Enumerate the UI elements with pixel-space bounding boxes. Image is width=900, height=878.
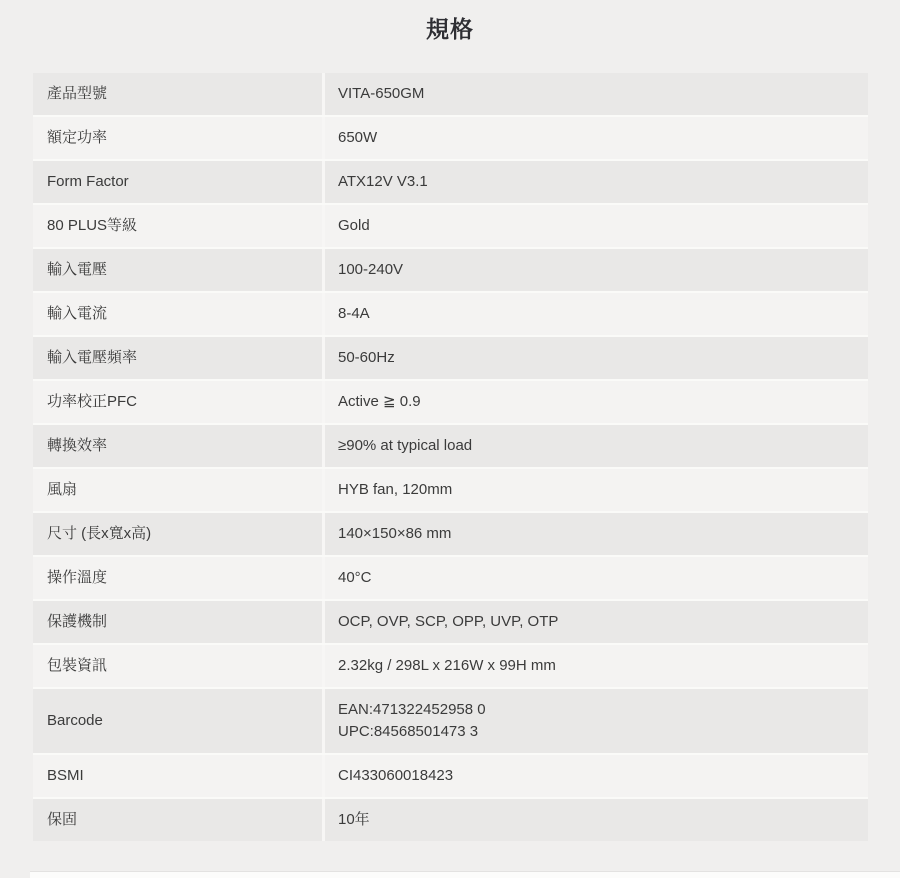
spec-value: 50-60Hz — [325, 337, 868, 379]
spec-value: ≥90% at typical load — [325, 425, 868, 467]
spec-label: 產品型號 — [33, 73, 322, 115]
next-section-edge — [30, 872, 900, 878]
spec-value: 2.32kg / 298L x 216W x 99H mm — [325, 645, 868, 687]
spec-label: 保固 — [33, 799, 322, 841]
spec-label: 尺寸 (長x寬x高) — [33, 513, 322, 555]
spec-row: 輸入電壓 100-240V — [33, 249, 868, 293]
spec-value: HYB fan, 120mm — [325, 469, 868, 511]
spec-row: 保固 10年 — [33, 799, 868, 841]
spec-label: 輸入電流 — [33, 293, 322, 335]
spec-row: 輸入電壓頻率 50-60Hz — [33, 337, 868, 381]
spec-value: OCP, OVP, SCP, OPP, UVP, OTP — [325, 601, 868, 643]
spec-value: 650W — [325, 117, 868, 159]
spec-label: 轉換效率 — [33, 425, 322, 467]
spec-row: 包裝資訊 2.32kg / 298L x 216W x 99H mm — [33, 645, 868, 689]
spec-label: Barcode — [33, 689, 322, 753]
spec-value: 40°C — [325, 557, 868, 599]
spec-table: 產品型號 VITA-650GM 額定功率 650W Form Factor AT… — [33, 73, 868, 841]
spec-row: 保護機制 OCP, OVP, SCP, OPP, UVP, OTP — [33, 601, 868, 645]
spec-value: 140×150×86 mm — [325, 513, 868, 555]
spec-value: VITA-650GM — [325, 73, 868, 115]
spec-label: 保護機制 — [33, 601, 322, 643]
spec-value: Active ≧ 0.9 — [325, 381, 868, 423]
spec-label: BSMI — [33, 755, 322, 797]
spec-value: 8-4A — [325, 293, 868, 335]
spec-row: 額定功率 650W — [33, 117, 868, 161]
spec-value: 10年 — [325, 799, 868, 841]
spec-value: 100-240V — [325, 249, 868, 291]
spec-row: Barcode EAN:471322452958 0UPC:8456850147… — [33, 689, 868, 755]
spec-row: 產品型號 VITA-650GM — [33, 73, 868, 117]
spec-value: CI433060018423 — [325, 755, 868, 797]
spec-row: BSMI CI433060018423 — [33, 755, 868, 799]
spec-row: 尺寸 (長x寬x高) 140×150×86 mm — [33, 513, 868, 557]
page-title: 規格 — [0, 0, 900, 45]
spec-label: 包裝資訊 — [33, 645, 322, 687]
spec-row: 80 PLUS等級 Gold — [33, 205, 868, 249]
spec-row: 風扇 HYB fan, 120mm — [33, 469, 868, 513]
spec-row: 操作溫度 40°C — [33, 557, 868, 601]
spec-label: 操作溫度 — [33, 557, 322, 599]
spec-label: Form Factor — [33, 161, 322, 203]
spec-label: 輸入電壓頻率 — [33, 337, 322, 379]
spec-value: Gold — [325, 205, 868, 247]
spec-value: ATX12V V3.1 — [325, 161, 868, 203]
spec-row: 功率校正PFC Active ≧ 0.9 — [33, 381, 868, 425]
spec-label: 額定功率 — [33, 117, 322, 159]
spec-value: EAN:471322452958 0UPC:84568501473 3 — [325, 689, 868, 753]
spec-row: 輸入電流 8-4A — [33, 293, 868, 337]
spec-row: 轉換效率 ≥90% at typical load — [33, 425, 868, 469]
spec-label: 功率校正PFC — [33, 381, 322, 423]
spec-label: 風扇 — [33, 469, 322, 511]
spec-row: Form Factor ATX12V V3.1 — [33, 161, 868, 205]
spec-label: 輸入電壓 — [33, 249, 322, 291]
spec-label: 80 PLUS等級 — [33, 205, 322, 247]
